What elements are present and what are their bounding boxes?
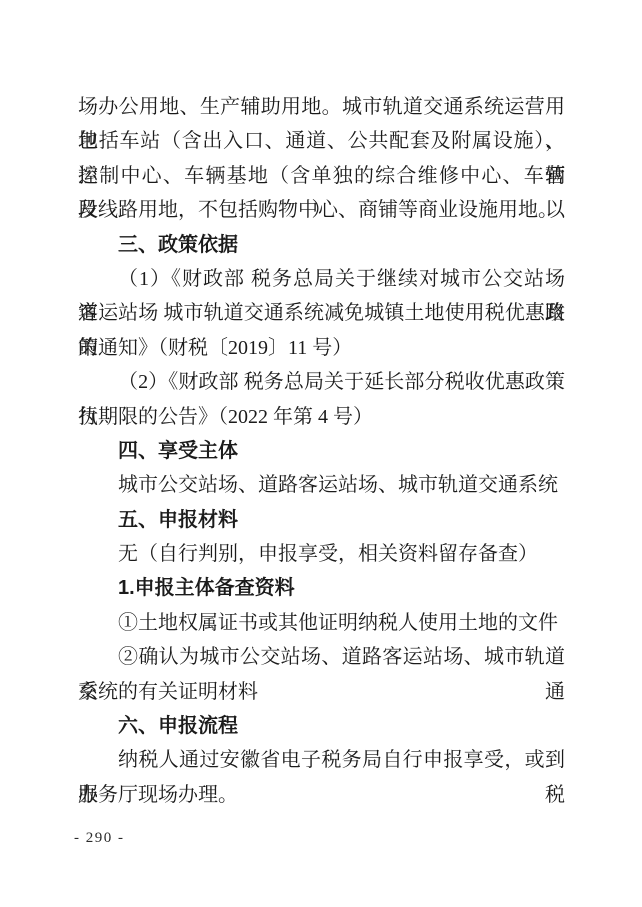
paragraph: 纳税人通过安徽省电子税务局自行申报享受，或到办税服务厅现场办理。	[78, 743, 565, 812]
document-body: 场办公用地、生产辅助用地。城市轨道交通系统运营用地，包括车站（含出入口、通道、公…	[78, 90, 565, 812]
text-line: 行期限的公告》（2022 年第 4 号）	[78, 400, 565, 434]
text-line: 控制中心、车辆基地（含单独的综合维修中心、车辆段）以	[78, 159, 565, 193]
paragraph: ②确认为城市公交站场、道路客运站场、城市轨道交通系统的有关证明材料	[78, 640, 565, 709]
text-line: 纳税人通过安徽省电子税务局自行申报享受，或到办税	[78, 743, 565, 777]
text-line: 及线路用地，不包括购物中心、商铺等商业设施用地。	[78, 193, 565, 227]
text-line: 包括车站（含出入口、通道、公共配套及附属设施）、运营	[78, 124, 565, 158]
section-heading: 六、申报流程	[78, 709, 565, 743]
section-heading: 三、政策依据	[78, 228, 565, 262]
section-heading: 五、申报材料	[78, 503, 565, 537]
paragraph: 场办公用地、生产辅助用地。城市轨道交通系统运营用地，包括车站（含出入口、通道、公…	[78, 90, 565, 228]
text-line: 城市公交站场、道路客运站场、城市轨道交通系统	[78, 468, 565, 502]
sub-heading: 1.申报主体备查资料	[78, 571, 565, 605]
text-line: （2）《财政部 税务总局关于延长部分税收优惠政策执	[78, 365, 565, 399]
paragraph: 城市公交站场、道路客运站场、城市轨道交通系统	[78, 468, 565, 502]
paragraph: （2）《财政部 税务总局关于延长部分税收优惠政策执行期限的公告》（2022 年第…	[78, 365, 565, 434]
page-number: - 290 -	[74, 830, 125, 847]
text-line: 的通知》（财税〔2019〕11 号）	[78, 331, 565, 365]
text-line: 客运站场 城市轨道交通系统减免城镇土地使用税优惠政策	[78, 296, 565, 330]
paragraph: 无（自行判别，申报享受，相关资料留存备查）	[78, 537, 565, 571]
text-line: ②确认为城市公交站场、道路客运站场、城市轨道交通	[78, 640, 565, 674]
paragraph: ①土地权属证书或其他证明纳税人使用土地的文件	[78, 606, 565, 640]
document-page: 场办公用地、生产辅助用地。城市轨道交通系统运营用地，包括车站（含出入口、通道、公…	[0, 0, 642, 907]
text-line: 无（自行判别，申报享受，相关资料留存备查）	[78, 537, 565, 571]
text-line: 场办公用地、生产辅助用地。城市轨道交通系统运营用地，	[78, 90, 565, 124]
section-heading: 四、享受主体	[78, 434, 565, 468]
text-line: ①土地权属证书或其他证明纳税人使用土地的文件	[78, 606, 565, 640]
paragraph: （1）《财政部 税务总局关于继续对城市公交站场 道路客运站场 城市轨道交通系统减…	[78, 262, 565, 365]
text-line: （1）《财政部 税务总局关于继续对城市公交站场 道路	[78, 262, 565, 296]
